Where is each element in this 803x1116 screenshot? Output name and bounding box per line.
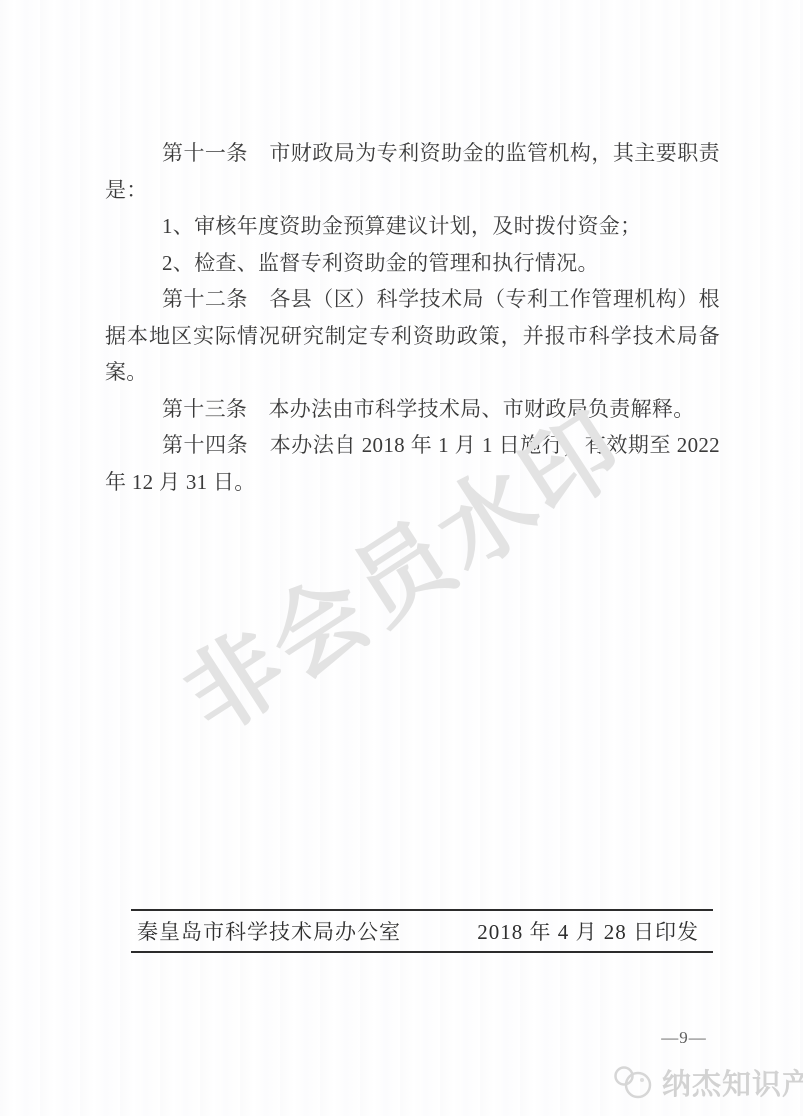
paragraph-article-11: 第十一条 市财政局为专利资助金的监管机构，其主要职责是： [105,135,720,208]
document-body: 第十一条 市财政局为专利资助金的监管机构，其主要职责是： 1、审核年度资助金预算… [105,135,720,500]
footer-issuer-office: 秦皇岛市科学技术局办公室 [137,916,401,946]
paragraph-article-12: 第十二条 各县（区）科学技术局（专利工作管理机构）根据本地区实际情况研究制定专利… [105,281,720,391]
document-page: 非会员水印 第十一条 市财政局为专利资助金的监管机构，其主要职责是： 1、审核年… [0,0,803,1116]
brand-name: 纳杰知识产权 [662,1062,803,1103]
footer-issuer-strip: 秦皇岛市科学技术局办公室 2018 年 4 月 28 日印发 [131,909,713,953]
paragraph-article-14: 第十四条 本办法自 2018 年 1 月 1 日施行，有效期至 2022 年 1… [105,427,720,500]
paragraph-item-1: 1、审核年度资助金预算建议计划，及时拨付资金； [105,208,720,245]
page-number: —9— [639,1028,729,1048]
paragraph-item-2: 2、检查、监督专利资助金的管理和执行情况。 [105,245,720,282]
naje-logo-icon [612,1065,656,1101]
brand-watermark: 纳杰知识产权 [612,1062,803,1103]
footer-print-date: 2018 年 4 月 28 日印发 [477,916,699,946]
paragraph-article-13: 第十三条 本办法由市科学技术局、市财政局负责解释。 [105,391,720,428]
